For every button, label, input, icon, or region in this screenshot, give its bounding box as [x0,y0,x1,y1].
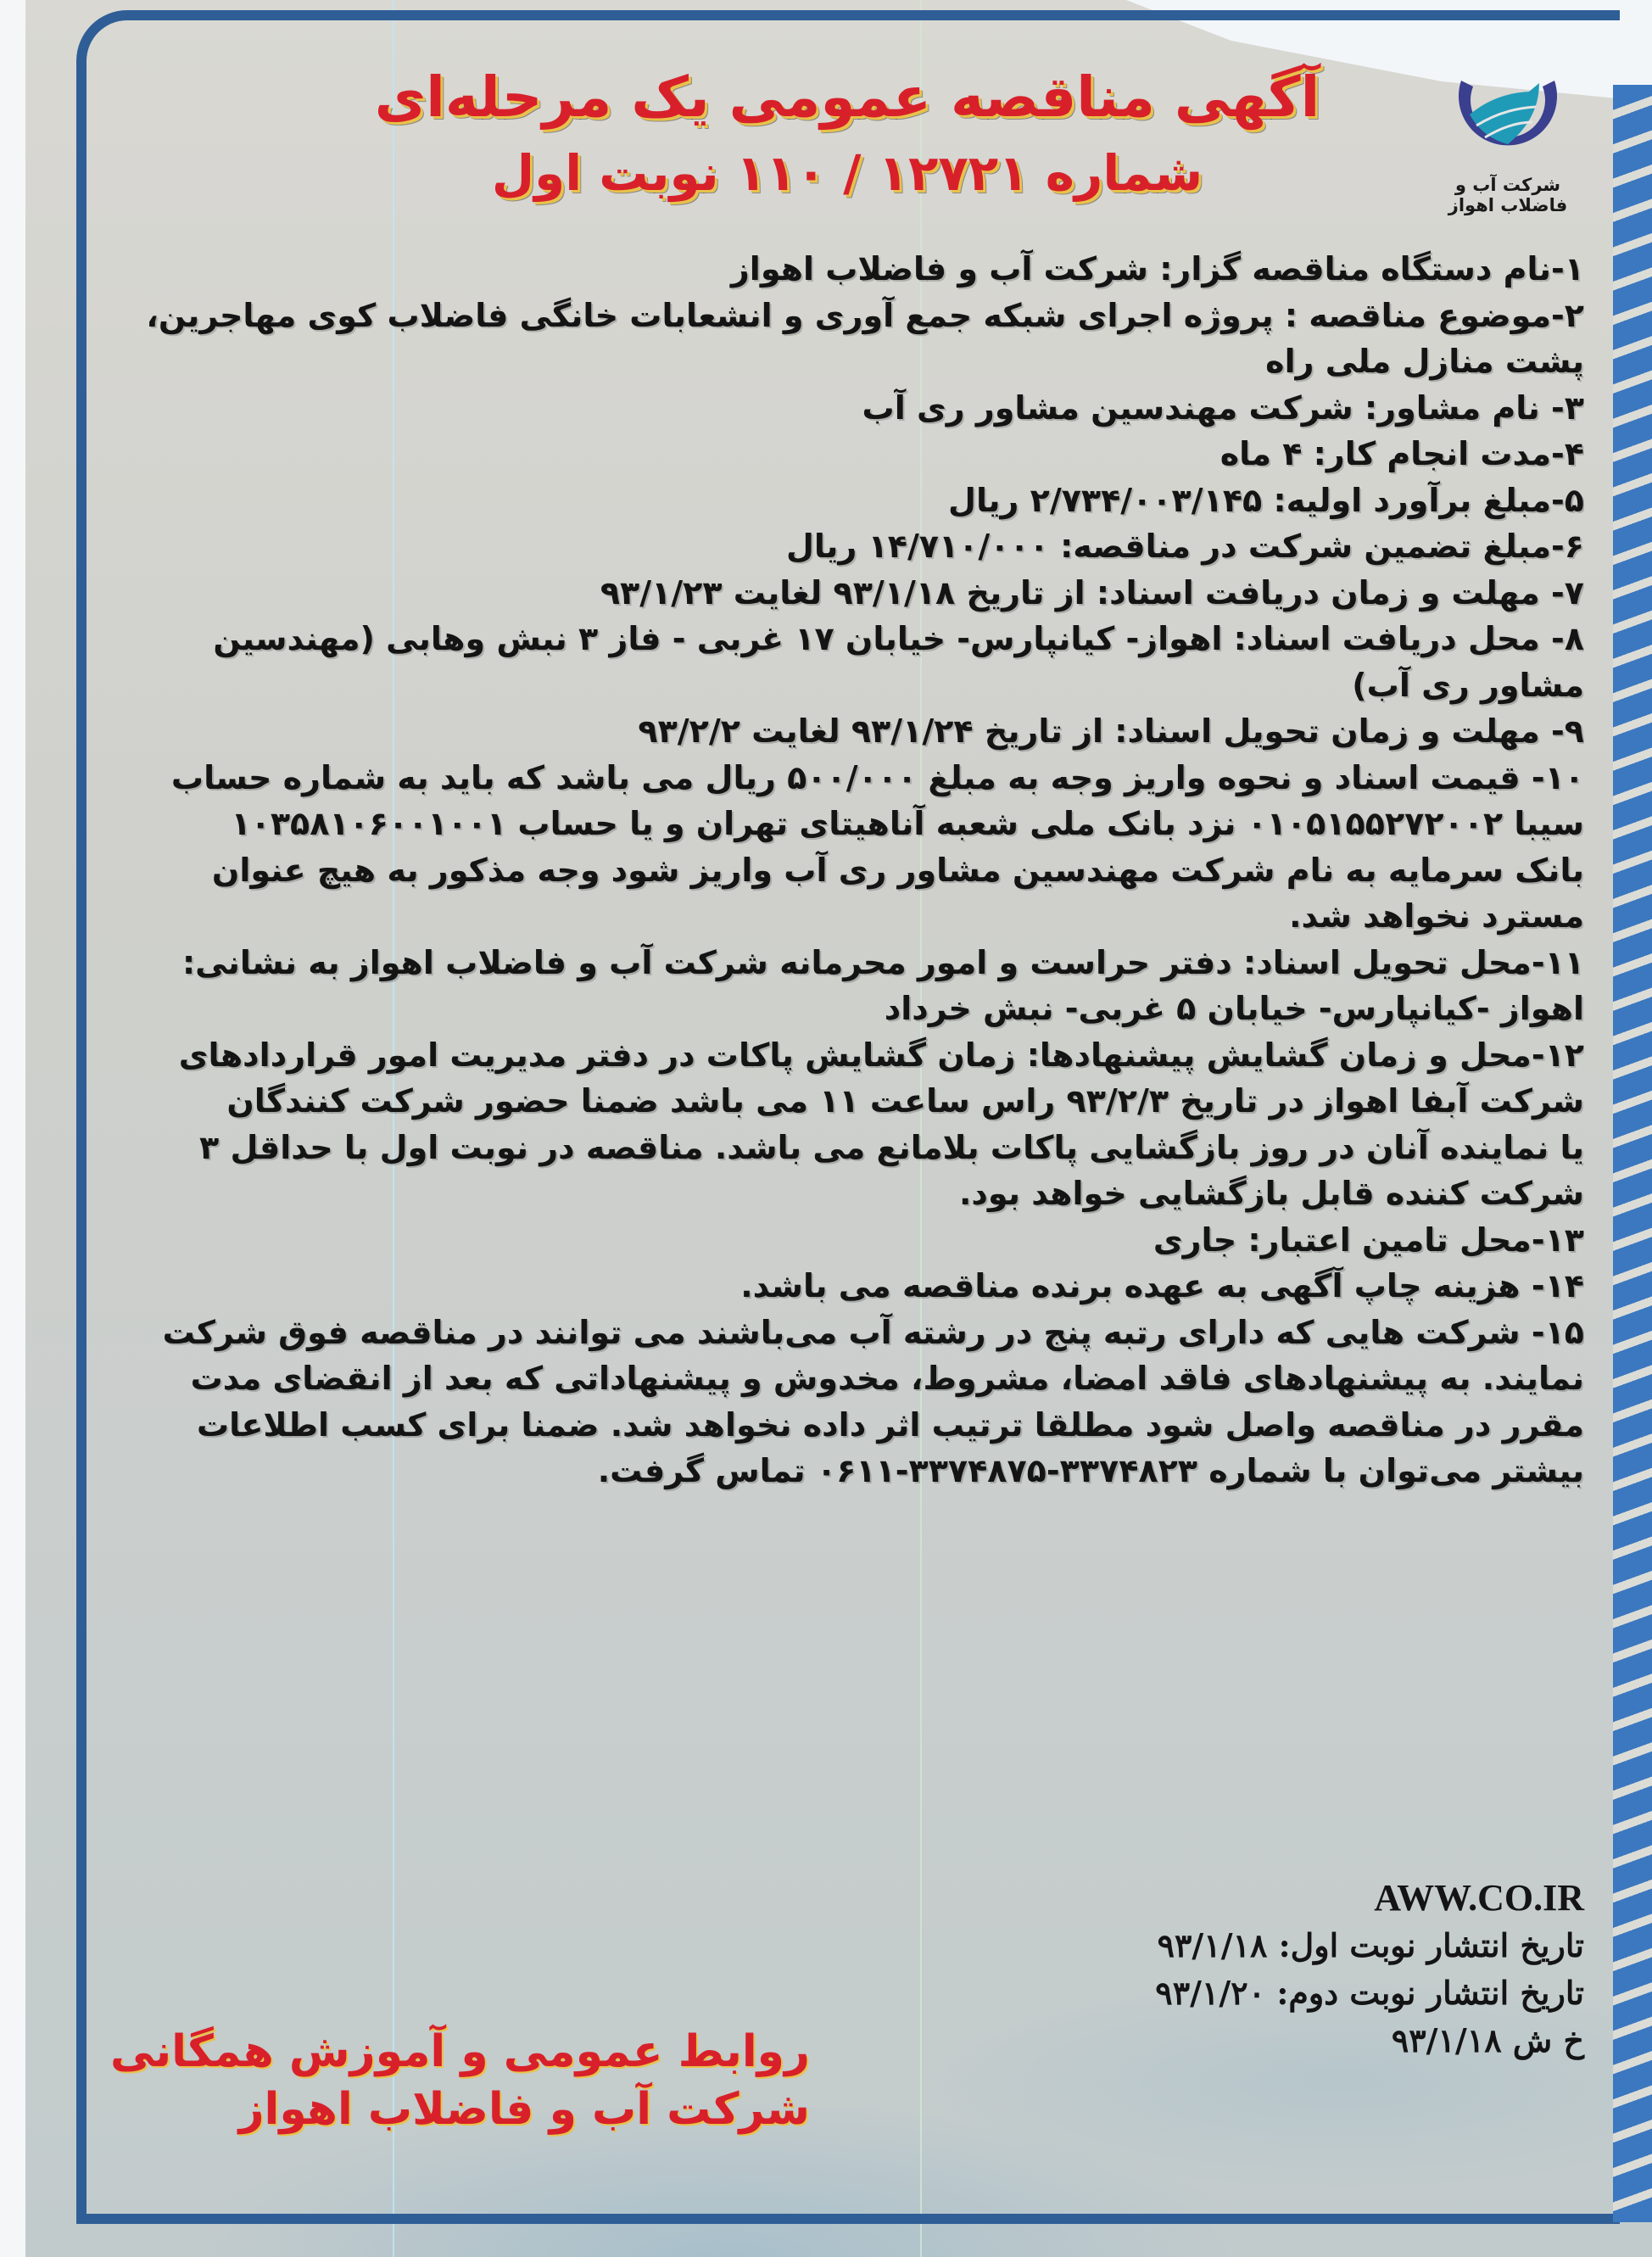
notice-line: یا نماینده آنان در روز بازگشایی پاکات بل… [127,1125,1584,1171]
notice-line: پشت منازل ملی راه [127,338,1584,385]
publish-date-second: تاریخ انتشار نوبت دوم: ۹۳/۱/۲۰ [1155,1969,1584,2017]
notice-line: ۱-نام دستگاه مناقصه گزار: شرکت آب و فاضل… [127,246,1584,293]
website-link[interactable]: AWW.CO.IR [1155,1874,1584,1922]
notice-line: اهواز -کیانپارس- خیابان ۵ غربی- نبش خردا… [127,986,1584,1032]
publish-date-first: تاریخ انتشار نوبت اول: ۹۳/۱/۱۸ [1155,1922,1584,1969]
notice-line: ۱۱-محل تحویل اسناد: دفتر حراست و امور مح… [127,940,1584,986]
notice-line: ۱۳-محل تامین اعتبار: جاری [127,1217,1584,1264]
notice-body: ۱-نام دستگاه مناقصه گزار: شرکت آب و فاضل… [127,246,1584,1494]
notice-line: مشاور ری آب) [127,662,1584,709]
notice-line: ۸- محل دریافت اسناد: اهواز- کیانپارس- خی… [127,616,1584,662]
notice-line: ۵-مبلغ برآورد اولیه: ۲/۷۳۴/۰۰۳/۱۴۵ ریال [127,478,1584,524]
notice-line: ۷- مهلت و زمان دریافت اسناد: از تاریخ ۹۳… [127,570,1584,617]
notice-line: نمایند. به پیشنهادهای فاقد امضا، مشروط، … [127,1355,1584,1402]
notice-line: مسترد نخواهد شد. [127,893,1584,940]
notice-line: سیبا ۰۱۰۵۱۵۵۲۷۲۰۰۲ نزد بانک ملی شعبه آنا… [127,801,1584,847]
notice-line: ۱۵- شرکت هایی که دارای رتبه پنج در رشته … [127,1310,1584,1356]
notice-line: ۱۴- هزینه چاپ آگهی به عهده برنده مناقصه … [127,1263,1584,1310]
logo-caption: شرکت آب و فاضلاب اهواز [1423,175,1593,215]
notice-line: ۲-موضوع مناقصه : پروژه اجرای شبکه جمع آو… [127,293,1584,339]
signature-dept: روابط عمومی و آموزش همگانی [110,2023,810,2081]
notice-line: شرکت آبفا اهواز در تاریخ ۹۳/۲/۳ راس ساعت… [127,1078,1584,1125]
notice-line: بانک سرمایه به نام شرکت مهندسین مشاور ری… [127,847,1584,894]
code-date: خ ش ۹۳/۱/۱۸ [1155,2017,1584,2064]
notice-line: ۱۰- قیمت اسناد و نحوه واریز وجه به مبلغ … [127,755,1584,802]
tender-number: شماره ۱۲۷۲۱ / ۱۱۰ نوبت اول [297,139,1398,207]
notice-line: ۹- مهلت و زمان تحویل اسناد: از تاریخ ۹۳/… [127,708,1584,755]
company-logo: شرکت آب و فاضلاب اهواز [1423,59,1593,215]
notice-line: شرکت کننده قابل بازگشایی خواهد بود. [127,1170,1584,1217]
notice-line: ۳- نام مشاور: شرکت مهندسین مشاور ری آب [127,385,1584,432]
signature-block: روابط عمومی و آموزش همگانی شرکت آب و فاض… [110,2023,810,2138]
water-wave-logo-icon [1444,59,1571,170]
notice-title: آگهی مناقصه عمومی یک مرحله‌ای شماره ۱۲۷۲… [297,59,1398,207]
signature-company: شرکت آب و فاضلاب اهواز [110,2081,810,2138]
notice-line: ۴-مدت انجام کار: ۴ ماه [127,431,1584,478]
title-line-1: آگهی مناقصه عمومی یک مرحله‌ای [297,59,1398,136]
publication-info: AWW.CO.IR تاریخ انتشار نوبت اول: ۹۳/۱/۱۸… [1155,1874,1584,2064]
notice-line: ۶-مبلغ تضمین شرکت در مناقصه: ۱۴/۷۱۰/۰۰۰ … [127,523,1584,570]
notice-line: بیشتر می‌توان با شماره ۳۳۷۴۸۲۳-۳۳۷۴۸۷۵-۰… [127,1448,1584,1494]
wave-border-edge [1613,85,1652,2222]
notice-line: ۱۲-محل و زمان گشایش پیشنهادها: زمان گشای… [127,1032,1584,1079]
notice-line: مقرر در مناقصه واصل شود مطلقا ترتیب اثر … [127,1402,1584,1449]
